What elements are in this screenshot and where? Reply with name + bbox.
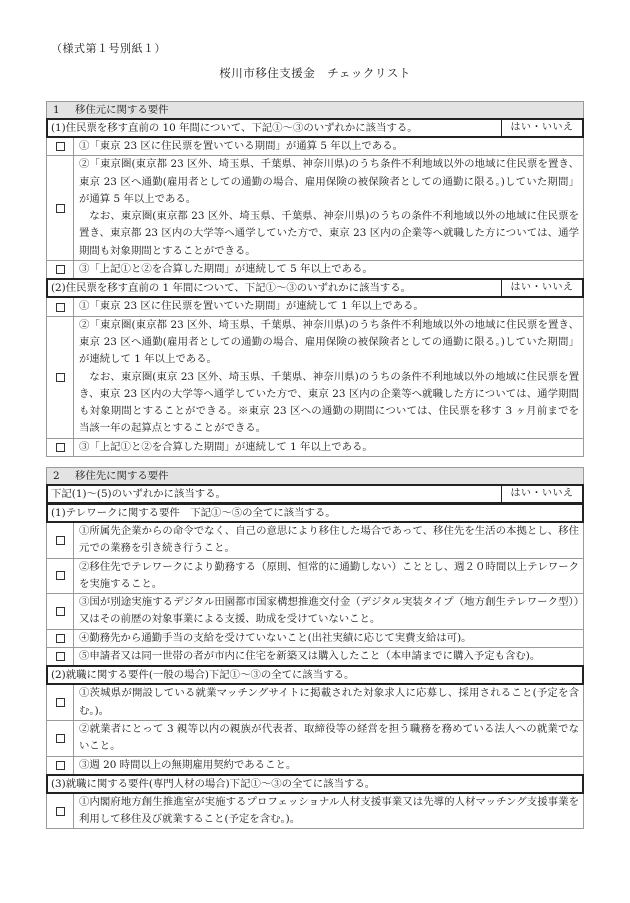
item-text: ②「東京圏(東京都 23 区外、埼玉県、千葉県、神奈川県)のうち条件不利地域以外…: [79, 156, 579, 208]
checkbox[interactable]: [56, 698, 65, 707]
yes-no-answer[interactable]: はい・いいえ: [501, 280, 582, 296]
checklist-item: ①茨城県が開設している就業マッチングサイトに掲載された対象求人に応募し、採用され…: [47, 685, 583, 721]
item-text: ②就業者にとって 3 親等以内の親族が代表者、取締役等の経営を担う職務を務めてい…: [79, 721, 579, 756]
checklist-item: ②「東京圏(東京都 23 区外、埼玉県、千葉県、神奈川県)のうち条件不利地域以外…: [47, 317, 583, 439]
checklist-item: ①内閣府地方創生推進室が実施するプロフェッショナル人材支援事業又は先導的人材マッ…: [47, 794, 583, 829]
checklist-item: ①所属先企業からの命令でなく、自己の意思により移住した場合であって、移住先を生活…: [47, 523, 583, 559]
requirement-text: (1)テレワークに関する要件 下記①～⑤の全てに該当する。: [48, 505, 582, 521]
requirement-row: (1)テレワークに関する要件 下記①～⑤の全てに該当する。: [46, 503, 584, 523]
section-heading: 移住先に関する要件: [75, 468, 169, 484]
checkbox[interactable]: [56, 443, 65, 452]
requirement-text: 下記(1)～(5)のいずれかに該当する。: [48, 486, 501, 502]
item-text: ④勤務先から通勤手当の支給を受けていないこと(出社実績に応じて実費支給は可)。: [79, 630, 579, 647]
section-number: 1: [53, 102, 75, 118]
section-header: 2 移住先に関する要件: [47, 468, 583, 485]
checklist-item: ③「上記①と②を合算した期間」が連続して 1 年以上である。: [47, 439, 583, 456]
checklist-item: ③週 20 時間以上の無期雇用契約であること。: [47, 757, 583, 775]
requirement-text: (1)住民票を移す直前の 10 年間について、下記①～③のいずれかに該当する。: [48, 120, 501, 136]
document-title: 桜川市移住支援金 チェックリスト: [0, 65, 630, 81]
checkbox[interactable]: [56, 652, 65, 661]
item-note: なお、東京圏(東京 23 区外、埼玉県、千葉県、神奈川県)のうちの条件不利地域以…: [79, 369, 579, 438]
checkbox[interactable]: [56, 373, 65, 382]
section-destination-requirements: 2 移住先に関する要件 下記(1)～(5)のいずれかに該当する。 はい・いいえ …: [46, 467, 584, 829]
yes-no-answer[interactable]: はい・いいえ: [501, 120, 582, 136]
section-header: 1 移住元に関する要件: [47, 102, 583, 119]
checklist-item: ②「東京圏(東京都 23 区外、埼玉県、千葉県、神奈川県)のうち条件不利地域以外…: [47, 156, 583, 261]
checklist-item: ③国が別途実施するデジタル田園都市国家構想推進交付金（デジタル実装タイプ（地方創…: [47, 594, 583, 630]
form-number: （様式第１号別紙１）: [51, 40, 166, 56]
item-text: ①「東京 23 区に住民票を置いていた期間」が連続して 1 年以上である。: [79, 298, 579, 315]
checklist-item: ②就業者にとって 3 親等以内の親族が代表者、取締役等の経営を担う職務を務めてい…: [47, 721, 583, 757]
item-text: ①「東京 23 区に住民票を置いている期間」が通算 5 年以上である。: [79, 138, 579, 155]
checkbox[interactable]: [56, 807, 65, 816]
section-heading: 移住元に関する要件: [75, 102, 169, 118]
requirement-row: (2)住民票を移す直前の 1 年間について、下記①～③のいずれかに該当する。 は…: [46, 278, 584, 298]
item-text: ③週 20 時間以上の無期雇用契約であること。: [79, 757, 579, 774]
checkbox[interactable]: [56, 204, 65, 213]
requirement-text: (2)住民票を移す直前の 1 年間について、下記①～③のいずれかに該当する。: [48, 280, 501, 296]
item-text: ①内閣府地方創生推進室が実施するプロフェッショナル人材支援事業又は先導的人材マッ…: [79, 794, 579, 829]
checklist-item: ③「上記①と②を合算した期間」が連続して 5 年以上である。: [47, 261, 583, 279]
checkbox[interactable]: [56, 607, 65, 616]
item-text: ②移住先でテレワークにより勤務する（原則、恒常的に通勤しない）こととし、週２０時…: [79, 559, 579, 594]
item-text: ①茨城県が開設している就業マッチングサイトに掲載された対象求人に応募し、採用され…: [79, 685, 579, 720]
yes-no-answer[interactable]: はい・いいえ: [501, 486, 582, 502]
checkbox[interactable]: [56, 634, 65, 643]
item-text: ③国が別途実施するデジタル田園都市国家構想推進交付金（デジタル実装タイプ（地方創…: [79, 594, 579, 629]
requirement-row: (1)住民票を移す直前の 10 年間について、下記①～③のいずれかに該当する。 …: [46, 118, 584, 138]
item-text: ②「東京圏(東京都 23 区外、埼玉県、千葉県、神奈川県)のうち条件不利地域以外…: [79, 317, 579, 369]
requirement-text: (2)就職に関する要件(一般の場合)下記①～③の全てに該当する。: [48, 667, 582, 683]
item-text: ⑤申請者又は同一世帯の者が市内に住宅を新築又は購入したこと（本申請までに購入予定…: [79, 648, 579, 665]
requirement-row: (2)就職に関する要件(一般の場合)下記①～③の全てに該当する。: [46, 665, 584, 685]
section-number: 2: [53, 468, 75, 484]
item-text: ③「上記①と②を合算した期間」が連続して 5 年以上である。: [79, 261, 579, 278]
checklist-item: ①「東京 23 区に住民票を置いている期間」が通算 5 年以上である。: [47, 138, 583, 156]
checkbox[interactable]: [56, 536, 65, 545]
checkbox[interactable]: [56, 142, 65, 151]
checklist-item: ①「東京 23 区に住民票を置いていた期間」が連続して 1 年以上である。: [47, 298, 583, 316]
item-text: ③「上記①と②を合算した期間」が連続して 1 年以上である。: [79, 439, 579, 456]
item-text: ①所属先企業からの命令でなく、自己の意思により移住した場合であって、移住先を生活…: [79, 523, 579, 558]
requirement-text: (3)就職に関する要件(専門人材の場合)下記①～③の全てに該当する。: [48, 776, 582, 792]
checkbox[interactable]: [56, 303, 65, 312]
item-note: なお、東京圏(東京都 23 区外、埼玉県、千葉県、神奈川県)のうちの条件不利地域…: [79, 208, 579, 260]
checkbox[interactable]: [56, 265, 65, 274]
requirement-row: (3)就職に関する要件(専門人材の場合)下記①～③の全てに該当する。: [46, 774, 584, 794]
summary-requirement-row: 下記(1)～(5)のいずれかに該当する。 はい・いいえ: [46, 484, 584, 504]
section-origin-requirements: 1 移住元に関する要件 (1)住民票を移す直前の 10 年間について、下記①～③…: [46, 101, 584, 457]
checklist-item: ⑤申請者又は同一世帯の者が市内に住宅を新築又は購入したこと（本申請までに購入予定…: [47, 648, 583, 666]
checkbox[interactable]: [56, 734, 65, 743]
checkbox[interactable]: [56, 761, 65, 770]
checklist-item: ④勤務先から通勤手当の支給を受けていないこと(出社実績に応じて実費支給は可)。: [47, 630, 583, 648]
checkbox[interactable]: [56, 571, 65, 580]
checklist-item: ②移住先でテレワークにより勤務する（原則、恒常的に通勤しない）こととし、週２０時…: [47, 559, 583, 595]
